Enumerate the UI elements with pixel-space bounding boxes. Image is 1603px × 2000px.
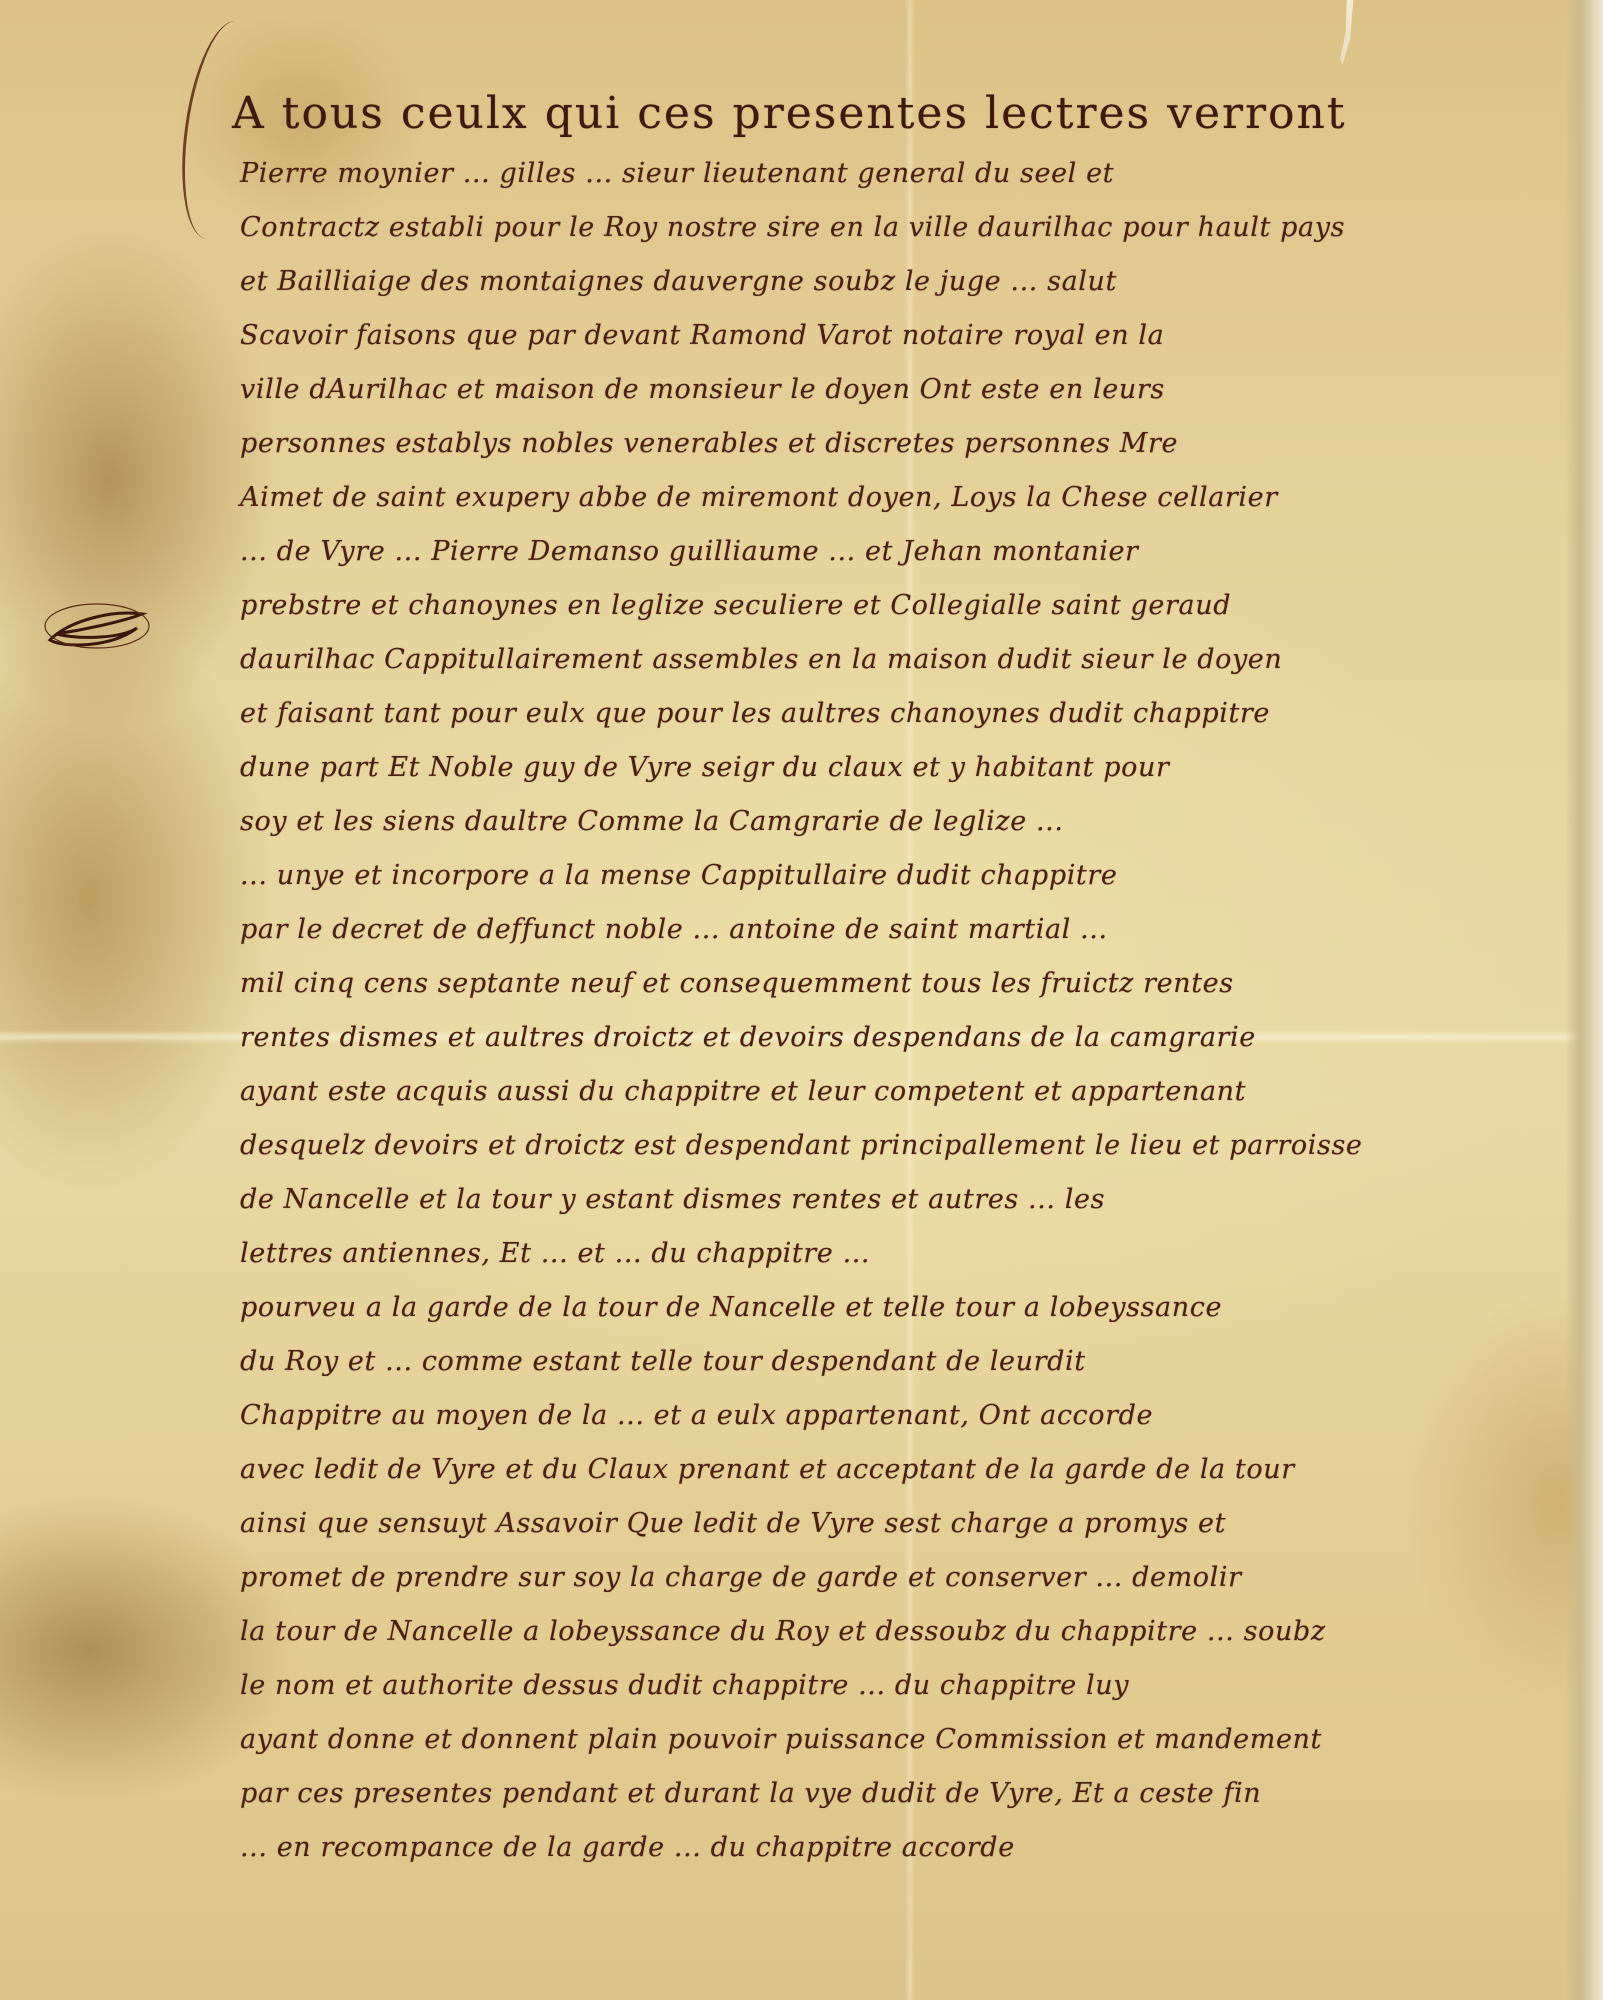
text-line: daurilhac Cappitullairement assembles en…: [240, 644, 1282, 675]
text-line: Chappitre au moyen de la ... et a eulx a…: [240, 1400, 1153, 1431]
text-line: par le decret de deffunct noble ... anto…: [240, 914, 1108, 945]
text-line: mil cinq cens septante neuf et consequem…: [240, 968, 1234, 999]
paraph-flourish-icon: [42, 600, 152, 650]
text-line: ville dAurilhac et maison de monsieur le…: [240, 374, 1165, 405]
text-line: lettres antiennes, Et ... et ... du chap…: [240, 1238, 870, 1269]
text-line: personnes establys nobles venerables et …: [240, 428, 1178, 459]
text-line: rentes dismes et aultres droictz et devo…: [240, 1022, 1256, 1053]
text-line: et faisant tant pour eulx que pour les a…: [240, 698, 1270, 729]
text-line: ... en recompance de la garde ... du cha…: [240, 1832, 1015, 1863]
document-heading: A tous ceulx qui ces presentes lectres v…: [232, 88, 1347, 139]
text-line: soy et les siens daultre Comme la Camgra…: [240, 806, 1064, 837]
text-line: Aimet de saint exupery abbe de miremont …: [240, 482, 1278, 513]
text-line: ... de Vyre ... Pierre Demanso guilliaum…: [240, 536, 1139, 567]
text-line: pourveu a la garde de la tour de Nancell…: [240, 1292, 1222, 1323]
text-line: Pierre moynier ... gilles ... sieur lieu…: [240, 158, 1114, 189]
text-line: et Bailliaige des montaignes dauvergne s…: [240, 266, 1117, 297]
text-line: Scavoir faisons que par devant Ramond Va…: [240, 320, 1164, 351]
text-line: ainsi que sensuyt Assavoir Que ledit de …: [240, 1508, 1226, 1539]
text-line: prebstre et chanoynes en leglize seculie…: [240, 590, 1231, 621]
text-line: dune part Et Noble guy de Vyre seigr du …: [240, 752, 1170, 783]
parchment-right-edge: [1565, 0, 1603, 2000]
text-line: par ces presentes pendant et durant la v…: [240, 1778, 1261, 1809]
text-line: ayant donne et donnent plain pouvoir pui…: [240, 1724, 1322, 1755]
text-line: promet de prendre sur soy la charge de g…: [240, 1562, 1242, 1593]
text-line: le nom et authorite dessus dudit chappit…: [240, 1670, 1129, 1701]
text-line: Contractz establi pour le Roy nostre sir…: [240, 212, 1345, 243]
text-line: ... unye et incorpore a la mense Cappitu…: [240, 860, 1117, 891]
text-line: desquelz devoirs et droictz est despenda…: [240, 1130, 1362, 1161]
text-line: avec ledit de Vyre et du Claux prenant e…: [240, 1454, 1295, 1485]
text-line: de Nancelle et la tour y estant dismes r…: [240, 1184, 1105, 1215]
text-line: du Roy et ... comme estant telle tour de…: [240, 1346, 1086, 1377]
text-line: la tour de Nancelle a lobeyssance du Roy…: [240, 1616, 1326, 1647]
text-line: ayant este acquis aussi du chappitre et …: [240, 1076, 1246, 1107]
